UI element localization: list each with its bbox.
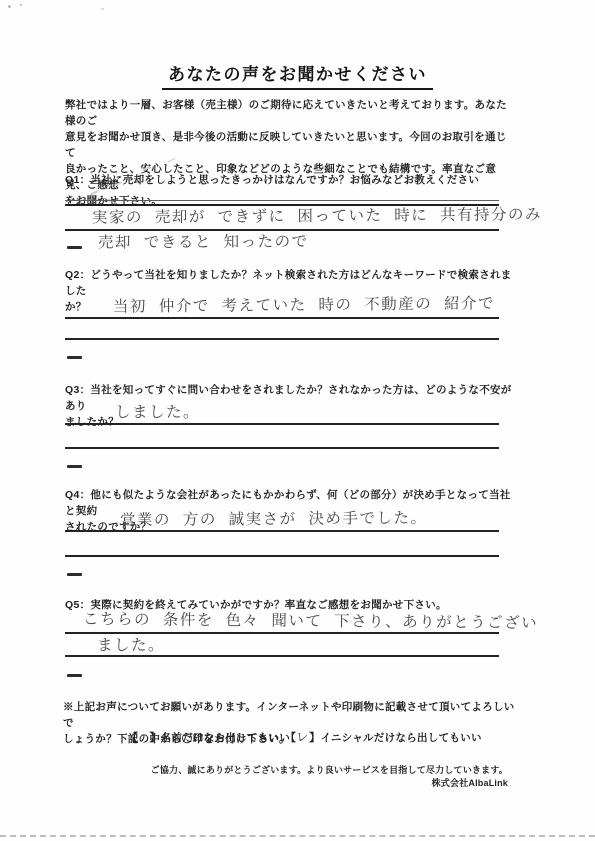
q1-answer-rule-2	[65, 229, 499, 231]
q4-answer-rule-1	[65, 530, 499, 532]
scan-speck	[8, 5, 11, 8]
option-label: 名前だけなら出してもいい	[161, 732, 291, 744]
consent-note-line: ※上記お声についてお願いがあります。インターネットや印刷物に記載させて頂いてよろ…	[63, 699, 525, 731]
q1-margin-dash	[67, 246, 82, 249]
q5-margin-dash	[67, 674, 82, 677]
scan-edge-artifact	[0, 835, 595, 837]
q4-answer-rule-2	[65, 555, 499, 557]
option-bracket-close: 】	[309, 732, 320, 744]
footer-thanks: ご協力、誠にありがとうございます。より良いサービスを目指して尽力していきます。	[65, 764, 508, 777]
consent-option-initial: 【レ】イニシャルだけなら出してもいい	[285, 730, 482, 746]
q3-answer-rule-2	[65, 447, 499, 449]
option-bracket-open: 【	[127, 732, 138, 744]
option-bracket-close: 】	[149, 732, 160, 744]
q5-answer-rule-1	[65, 632, 499, 634]
q1-answer-rule-1	[65, 200, 499, 206]
scan-speck	[20, 4, 22, 6]
q2-answer-rule-2	[65, 338, 499, 340]
option-checkbox-area	[138, 740, 149, 741]
q2-answer-rule-1	[65, 317, 499, 319]
q4-handwritten-answer-line-1: 営業の 方の 誠実さが 決め手でした。	[120, 509, 428, 530]
q2-margin-dash	[67, 356, 82, 359]
q5-answer-rule-2	[65, 655, 499, 657]
consent-option-name: 【】名前だけなら出してもいい	[127, 730, 290, 746]
q2-handwritten-answer-line-1: 当初 仲介で 考えていた 時の 不動産の 紹介で	[113, 294, 495, 316]
q5-handwritten-answer-line-2: ました。	[97, 636, 165, 655]
question-1-label-line: Q1：当社に売却をしようと思ったきっかけはなんですか？お悩みなどお教えください	[65, 172, 517, 188]
option-label: イニシャルだけなら出してもいい	[320, 732, 481, 744]
q3-margin-dash	[67, 465, 82, 468]
q1-handwritten-answer-line-2: 売却 できると 知ったので	[98, 232, 309, 252]
question-1-label: Q1：当社に売却をしようと思ったきっかけはなんですか？お悩みなどお教えください	[65, 172, 517, 188]
q4-margin-dash	[67, 573, 82, 576]
intro-paragraph: 弊社ではより一層、お客様（売主様）のご期待に応えていきたいと考えております。あな…	[65, 97, 517, 209]
form-title: あなたの声をお聞かせください	[0, 60, 595, 90]
q3-handwritten-answer-line-1: しました。	[115, 403, 200, 422]
intro-line: 弊社ではより一層、お客様（売主様）のご期待に応えていきたいと考えております。あな…	[65, 97, 517, 129]
q5-handwritten-answer-line-1: こちらの 条件を 色々 聞いて 下さり、ありがとうござい	[83, 610, 538, 633]
q3-answer-rule-1	[65, 423, 499, 425]
form-title-text: あなたの声をお聞かせください	[162, 60, 433, 90]
intro-line: 意見をお聞かせ頂き、是非今後の活動に反映していきたいと思います。今回のお取引を通…	[65, 129, 517, 161]
handwritten-checkmark: レ	[296, 729, 310, 744]
scan-speck	[101, 8, 104, 10]
footer-company: 株式会社AlbaLink	[65, 777, 508, 790]
questionnaire-page: あなたの声をお聞かせください 弊社ではより一層、お客様（売主様）のご期待に応えて…	[0, 0, 595, 841]
q1-handwritten-answer-line-1: 実家の 売却が できずに 困っていた 時に 共有持分のみ	[92, 205, 542, 227]
option-bracket-open: 【	[285, 732, 296, 744]
